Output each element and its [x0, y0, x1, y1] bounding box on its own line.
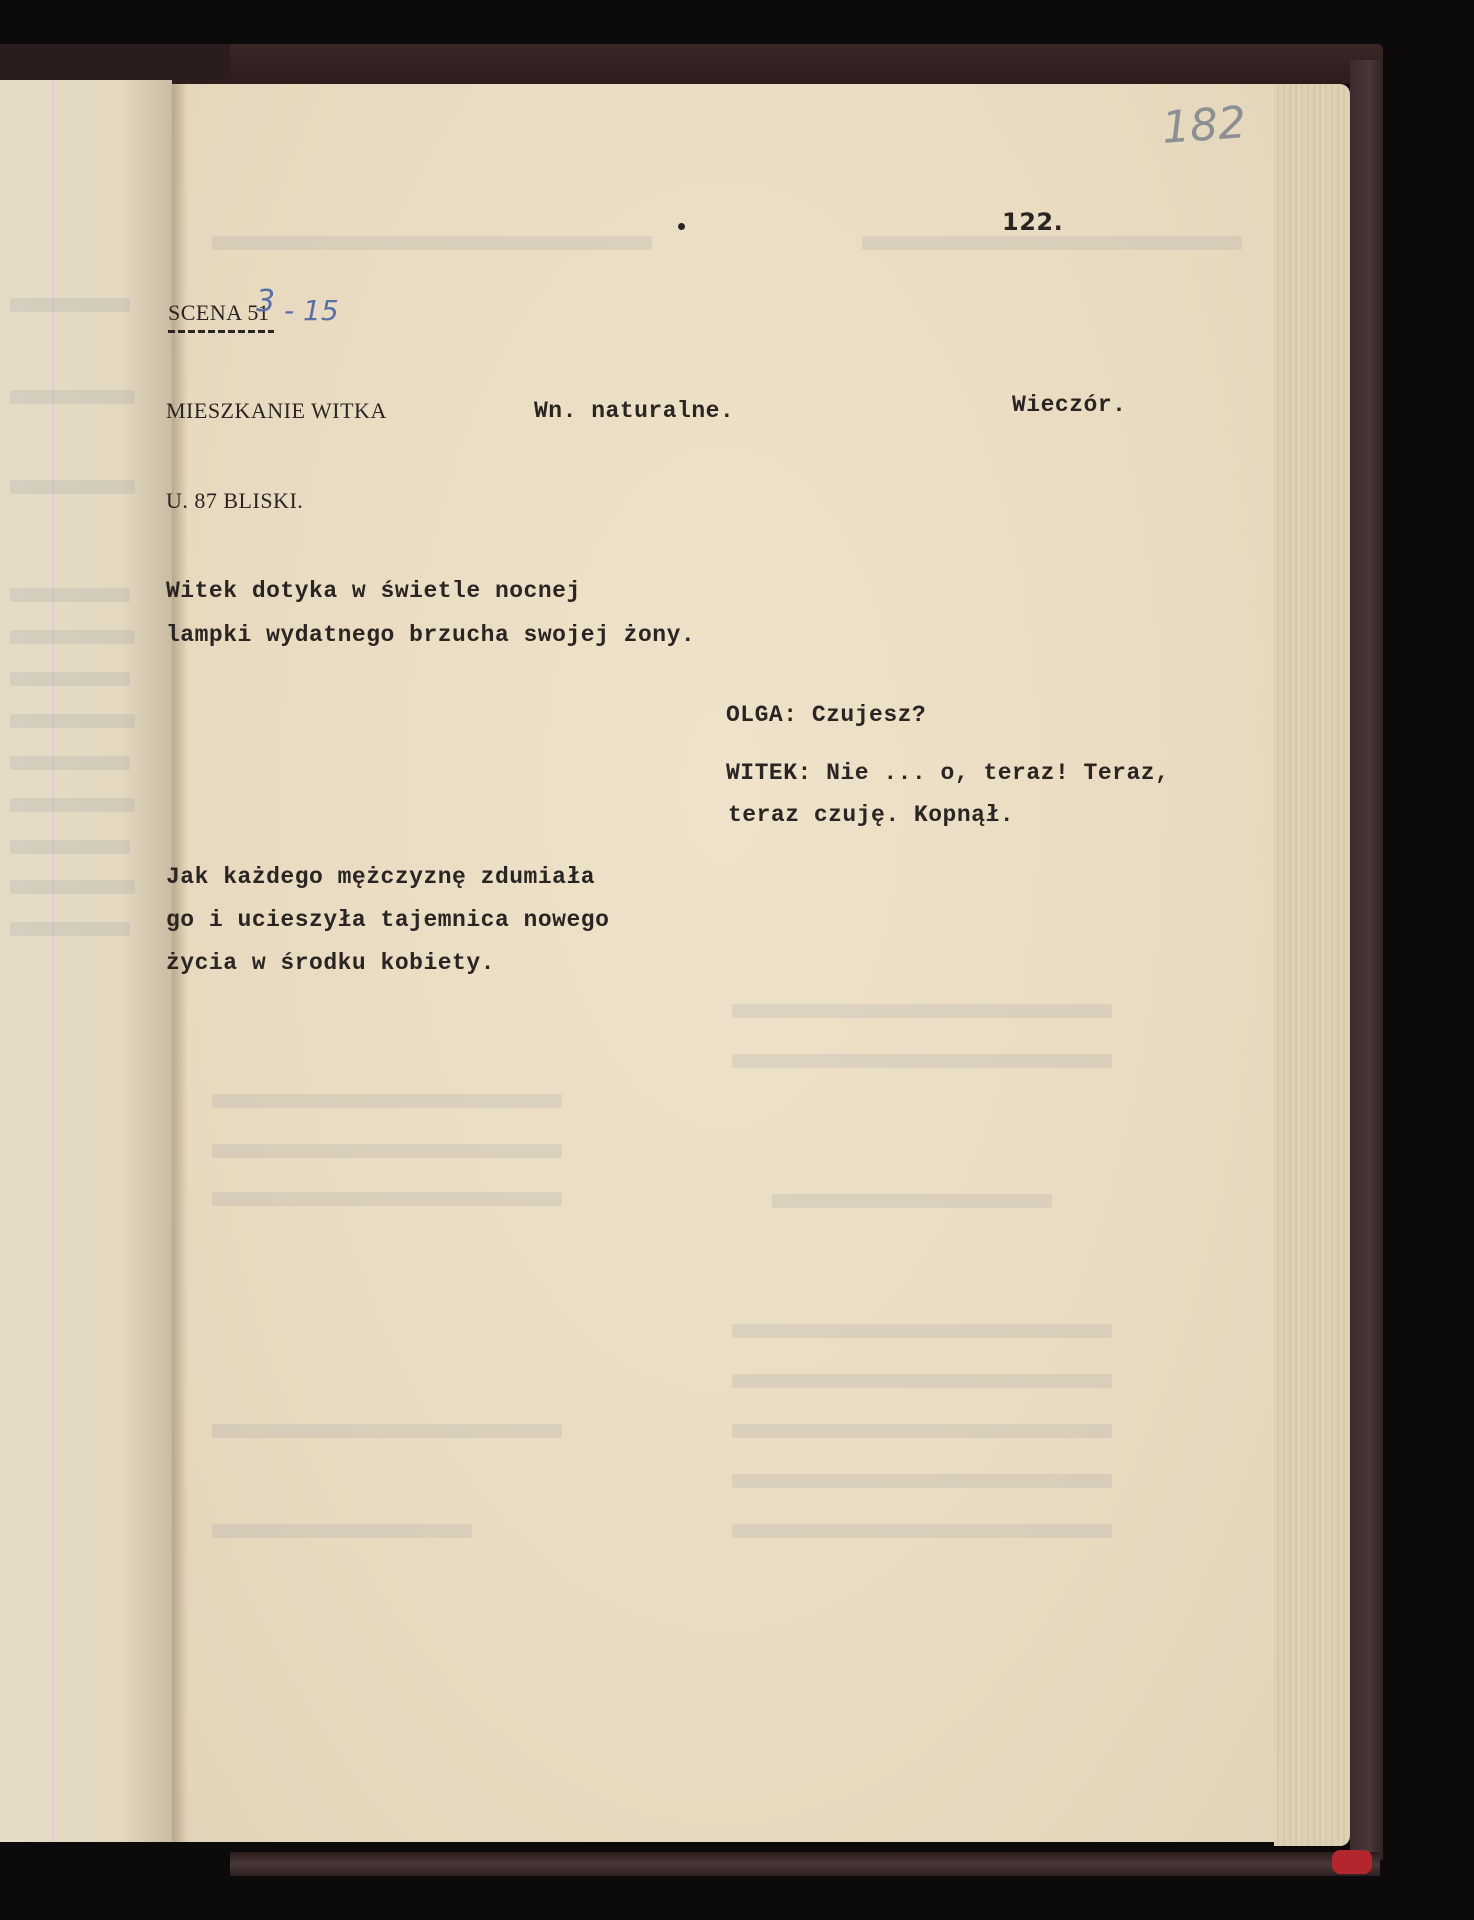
scene-underline	[168, 330, 274, 333]
bleed-through-text	[10, 630, 135, 644]
dialogue-witek: WITEK: Nie ... o, teraz! Teraz,	[726, 760, 1169, 786]
scene-time-of-day: Wieczór.	[1012, 392, 1126, 418]
bleed-through-text	[212, 1424, 562, 1438]
left-page	[0, 80, 172, 1842]
scene-handwritten-suffix: - 15	[284, 294, 339, 327]
typed-page-number: 122.	[1002, 208, 1063, 236]
bleed-through-text	[10, 298, 130, 312]
page-crease-line	[52, 80, 54, 1842]
ink-dot	[678, 223, 685, 230]
bleed-through-text	[10, 588, 130, 602]
bleed-through-text	[10, 480, 135, 494]
page-stack-edge	[1274, 84, 1350, 1846]
action-line: lampki wydatnego brzucha swojej żony.	[166, 622, 695, 648]
scene-handwritten-correction: 3	[256, 284, 275, 319]
bleed-through-text	[212, 236, 652, 250]
bleed-through-text	[10, 840, 130, 854]
dialogue-witek-continued: teraz czuję. Kopnął.	[728, 802, 1014, 828]
bleed-through-text	[732, 1424, 1112, 1438]
script-page: 182 122. SCENA 5 1 3 - 15 MIESZKANIE WIT…	[172, 84, 1274, 1842]
action-line: Witek dotyka w świetle nocnej	[166, 578, 581, 604]
narration-line: życia w środku kobiety.	[166, 950, 495, 976]
bleed-through-text	[732, 1524, 1112, 1538]
bleed-through-text	[212, 1094, 562, 1108]
bleed-through-text	[862, 236, 1242, 250]
book-cover-right-edge	[1350, 60, 1383, 1860]
bleed-through-text	[732, 1054, 1112, 1068]
bleed-through-text	[10, 672, 130, 686]
bleed-through-text	[10, 922, 130, 936]
bleed-through-text	[732, 1004, 1112, 1018]
handwritten-page-number: 182	[1160, 97, 1247, 154]
bleed-through-text	[212, 1524, 472, 1538]
book-cover-top-edge-left	[0, 44, 230, 80]
bleed-through-text	[212, 1144, 562, 1158]
red-corner-tag	[1332, 1850, 1372, 1874]
bleed-through-text	[10, 714, 135, 728]
bleed-through-text	[732, 1324, 1112, 1338]
bleed-through-text	[732, 1374, 1112, 1388]
shot-description: U. 87 BLISKI.	[166, 488, 303, 514]
scene-setting: Wn. naturalne.	[534, 398, 734, 424]
scene-location: MIESZKANIE WITKA	[166, 398, 387, 424]
bleed-through-text	[10, 756, 130, 770]
book-cover-bottom-edge	[230, 1852, 1380, 1876]
bleed-through-text	[772, 1194, 1052, 1208]
bleed-through-text	[10, 880, 135, 894]
bleed-through-text	[10, 798, 135, 812]
scene-label: SCENA 5	[168, 300, 259, 326]
narration-line: Jak każdego mężczyznę zdumiała	[166, 864, 595, 890]
narration-line: go i ucieszyła tajemnica nowego	[166, 907, 609, 933]
bleed-through-text	[212, 1192, 562, 1206]
dialogue-olga: OLGA: Czujesz?	[726, 702, 926, 728]
bleed-through-text	[10, 390, 135, 404]
bleed-through-text	[732, 1474, 1112, 1488]
